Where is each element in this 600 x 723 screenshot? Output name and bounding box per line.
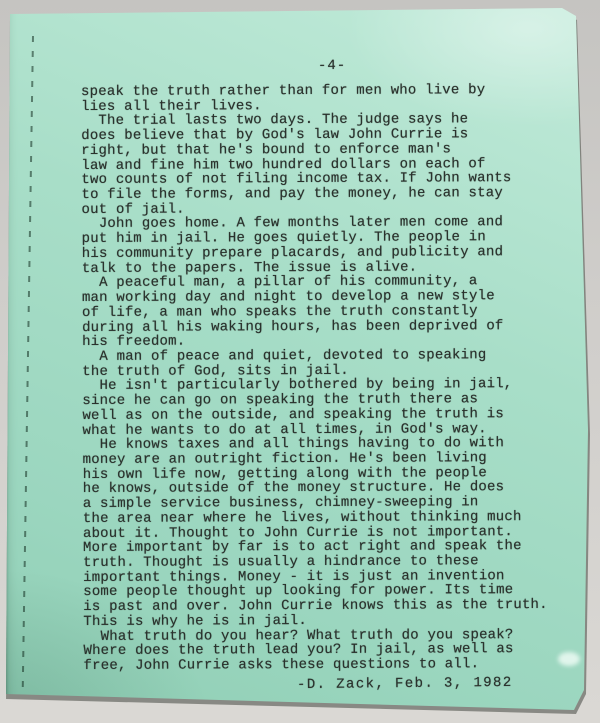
scan-background: -4- speak the truth rather than for men … [0, 0, 600, 723]
perforation-line [22, 36, 34, 692]
paper-sheet: -4- speak the truth rather than for men … [0, 0, 600, 723]
typewritten-body: speak the truth rather than for men who … [81, 83, 564, 674]
text-line: to file the forms, and pay the money, he… [81, 186, 561, 203]
signature-line: -D. Zack, Feb. 3, 1982 [297, 675, 513, 693]
text-line: is past and over. John Currie knows this… [83, 598, 563, 615]
text-line: free, John Currie asks these questions t… [84, 657, 564, 674]
page-number: -4- [318, 58, 346, 74]
